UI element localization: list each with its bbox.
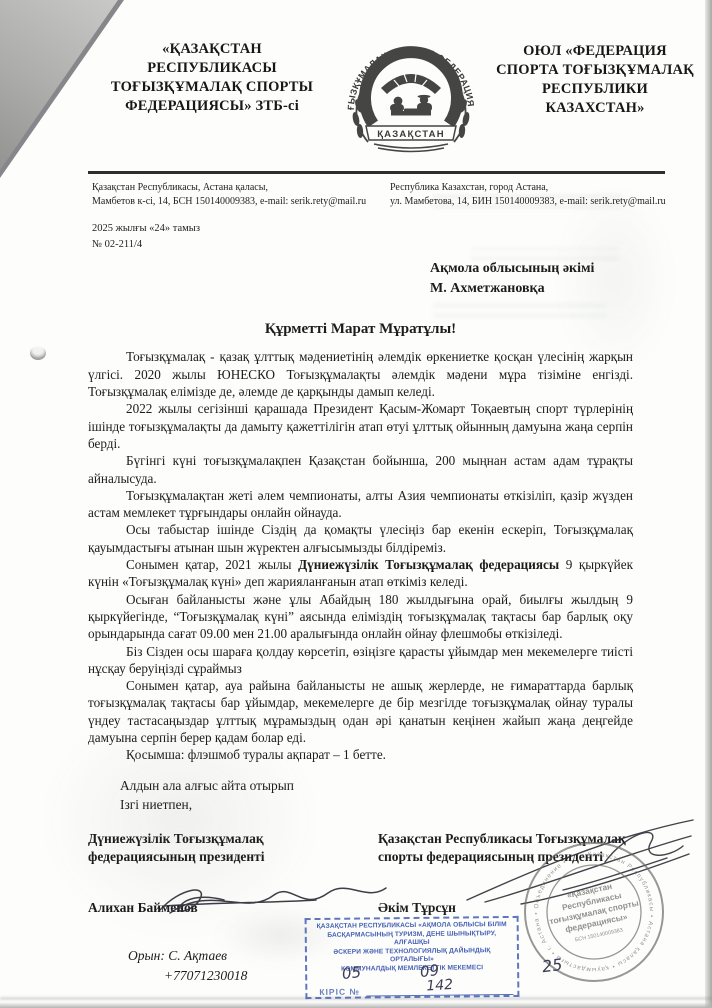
punch-hole <box>30 346 46 360</box>
scanned-letter-page: «ҚАЗАҚСТАН РЕСПУБЛИКАСЫ ТОҒЫЗҚҰМАЛАҚ СПО… <box>0 0 712 1008</box>
logo-shanyrak <box>381 74 441 94</box>
paragraph: Бүгінгі күні тоғызқұмалақпен Қазақстан б… <box>88 452 633 487</box>
address-kazakh: Қазақстан Республикасы, Астана қаласы, М… <box>92 181 390 209</box>
paragraph: Осыған байланысты және ұлы Абайдың 180 ж… <box>88 591 633 643</box>
bleedthrough-artifact <box>40 700 320 940</box>
paragraph-bold-text: Дүниежүзілік Тоғызқұмалақ федерациясы <box>298 557 559 572</box>
federation-logo-icon: ТОҒЫЗҚҰМАЛАҚ СПОРТЫ ФЕДЕРАЦИЯСЫ <box>338 24 484 158</box>
stamp-incoming-label: КІРІС № <box>319 987 360 997</box>
paragraph: Тоғызқұмалақ - қазақ ұлттық мәдениетінің… <box>88 348 633 400</box>
header-divider <box>88 171 665 174</box>
logo-banner-text: ҚАЗАҚСТАН <box>377 129 445 140</box>
org-name-kazakh: «ҚАЗАҚСТАН РЕСПУБЛИКАСЫ ТОҒЫЗҚҰМАЛАҚ СПО… <box>86 36 338 117</box>
federation-round-seal: • Қазақстан Республикасы • Астана қаласы… <box>515 833 673 991</box>
scan-edge-bottom <box>0 1002 712 1008</box>
logo-players-icon <box>390 95 432 116</box>
paragraph: Біз Сізден осы шараға қолдау көрсетіп, ө… <box>88 643 633 678</box>
handwritten-date-day: 05 <box>341 963 362 983</box>
bleedthrough-artifact <box>555 185 675 375</box>
stamp-number-line: 142 <box>366 976 514 997</box>
paragraph-text: Сонымен қатар, 2021 жылы <box>126 557 298 572</box>
stamp-incoming-number-field: КІРІС № 142 <box>311 976 513 997</box>
federation-logo: ТОҒЫЗҚҰМАЛАҚ СПОРТЫ ФЕДЕРАЦИЯСЫ <box>338 24 484 163</box>
incoming-registration-stamp: ҚАЗАҚСТАН РЕСПУБЛИКАСЫ «АҚМОЛА ОБЛЫСЫ БІ… <box>305 916 520 999</box>
paragraph: 2022 жылы сегізінші қарашада Президент Қ… <box>88 400 633 452</box>
paragraph: Осы табыстар ішінде Сіздің да қомақты үл… <box>88 521 633 556</box>
handwritten-date-year: 25 <box>541 955 564 976</box>
paragraph: Тоғызқұмалақтан жеті әлем чемпионаты, ал… <box>88 487 633 522</box>
handwritten-date-month: 09 <box>419 961 440 981</box>
org-name-russian: ОЮЛ «ФЕДЕРАЦИЯ СПОРТА ТОҒЫЗҚҰМАЛАҚ РЕСПУ… <box>484 36 704 119</box>
scan-edge-right <box>705 0 712 1008</box>
salutation: Құрметті Марат Мұратұлы! <box>88 321 633 338</box>
paragraph: Сонымен қатар, 2021 жылы Дүниежүзілік То… <box>88 556 633 591</box>
